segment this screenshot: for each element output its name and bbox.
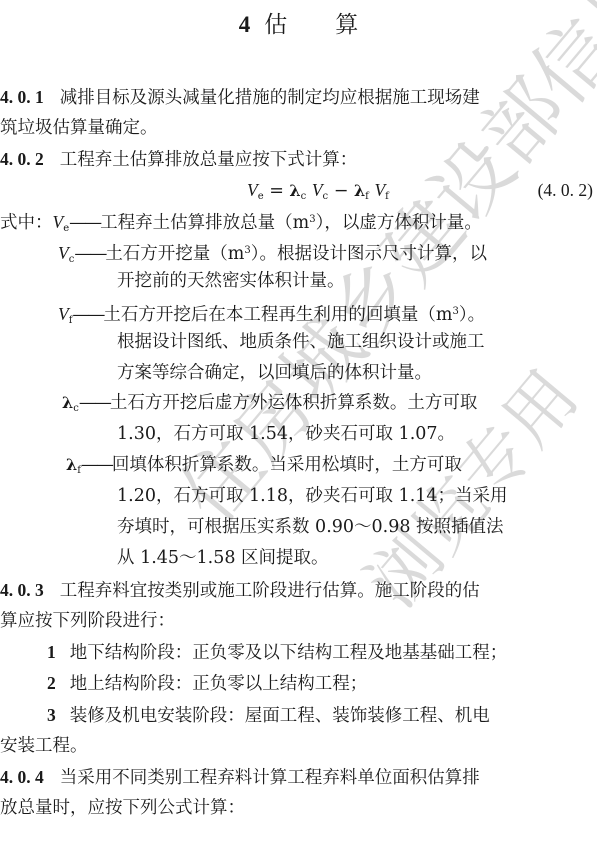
clause-4-0-2: 4. 0. 2工程弃土估算排放总量应按下式计算： (0, 144, 597, 174)
clause-4-0-3-cont: 算应按下列阶段进行： (0, 606, 597, 636)
chapter-number: 4 (239, 12, 251, 37)
chapter-title: 4估算 (0, 6, 597, 39)
definition-lambda-f: λf——回填体积折算系数。当采用松填时，土方可取 (0, 450, 597, 480)
definition-Vf-cont-1: 根据设计图纸、地质条件、施工组织设计或施工 (0, 327, 597, 357)
def-text: 回填体积折算系数。当采用松填时，土方可取 (112, 455, 462, 475)
item-text: 安装工程。 (0, 736, 88, 756)
def-symbol: V (58, 243, 69, 263)
definition-Vf: Vf——土石方开挖后在本工程再生利用的回填量（m3）。 (0, 297, 597, 327)
def-symbol: λ (62, 393, 73, 412)
formula-var: V (312, 180, 323, 200)
equation-number: (4. 0. 2) (538, 175, 593, 205)
item-number: 3 (47, 705, 56, 725)
formula-4-0-2: Ve = λc Vc − λf Vf (4. 0. 2) (0, 175, 597, 205)
definition-Ve: 式中：Ve——工程弃土估算排放总量（m3），以虚方体积计量。 (0, 205, 597, 235)
clause-4-0-4-cont: 放总量时，应按下列公式计算： (0, 793, 597, 823)
formula-equals: = (264, 181, 290, 201)
list-item-3: 3装修及机电安装阶段：屋面工程、装饰装修工程、机电 (0, 700, 597, 730)
def-symbol: V (58, 304, 69, 324)
def-symbol: V (53, 212, 64, 232)
def-dash: —— (74, 244, 105, 264)
definition-Vc-cont: 开挖前的天然密实体积计量。 (0, 266, 597, 296)
formula-sub: c (301, 191, 307, 202)
def-dash: —— (72, 305, 103, 325)
def-text: 夯填时，可根据压实系数 0.90～0.98 按照插值法 (117, 512, 504, 542)
clause-text: 放总量时，应按下列公式计算： (0, 798, 245, 818)
def-text: ），以虚方体积计量。 (316, 213, 482, 233)
definition-lambda-f-cont-3: 从 1.45～1.58 区间提取。 (0, 543, 597, 573)
item-text: 地下结构阶段：正负零及以下结构工程及地基基础工程； (70, 643, 508, 663)
chapter-title-char-1: 估 (264, 12, 287, 38)
clause-4-0-4: 4. 0. 4当采用不同类别工程弃料计算工程弃料单位面积估算排 (0, 762, 597, 792)
clause-text: 算应按下列阶段进行： (0, 611, 175, 631)
def-text: 根据设计图纸、地质条件、施工组织设计或施工 (117, 327, 485, 357)
clause-number: 4. 0. 2 (0, 149, 44, 169)
def-text: 1.30，石方可取 1.54，砂夹石可取 1.07。 (117, 419, 455, 449)
clause-text: 减排目标及源头减量化措施的制定均应根据施工现场建 (60, 88, 480, 108)
def-text: 工程弃土估算排放总量（m (100, 213, 309, 233)
formula-lambda: λ (354, 181, 365, 200)
where-label: 式中： (0, 213, 53, 233)
def-text: 方案等综合确定，以回填后的体积计量。 (117, 358, 432, 388)
formula-sub: f (385, 191, 389, 202)
item-text: 地上结构阶段：正负零以上结构工程； (70, 674, 368, 694)
def-text: ）。 (459, 305, 485, 325)
formula-sub: f (365, 191, 369, 202)
def-text: 土石方开挖后虚方外运体积折算系数。土方可取 (110, 393, 478, 413)
def-text: 开挖前的天然密实体积计量。 (117, 266, 345, 296)
clause-4-0-1: 4. 0. 1减排目标及源头减量化措施的制定均应根据施工现场建 (0, 82, 597, 112)
formula-lambda: λ (289, 181, 300, 200)
chapter-title-char-2: 算 (335, 12, 358, 38)
clause-text: 工程弃土估算排放总量应按下式计算： (60, 150, 358, 170)
list-item-2: 2地上结构阶段：正负零以上结构工程； (0, 668, 597, 698)
definition-lambda-c: λc——土石方开挖后虚方外运体积折算系数。土方可取 (0, 388, 597, 418)
def-text: 从 1.45～1.58 区间提取。 (117, 543, 329, 573)
clause-text: 当采用不同类别工程弃料计算工程弃料单位面积估算排 (60, 768, 480, 788)
definition-Vc: Vc——土石方开挖量（m3）。根据设计图示尺寸计算，以 (0, 236, 597, 266)
formula-var: V (374, 180, 385, 200)
clause-4-0-3: 4. 0. 3工程弃料宜按类别或施工阶段进行估算。施工阶段的估 (0, 575, 597, 605)
document-page: 住房城乡建设部信息公开 浏览专用 4估算 4. 0. 1减排目标及源头减量化措施… (0, 0, 597, 864)
def-dash: —— (79, 393, 110, 413)
clause-4-0-1-cont: 筑垃圾估算量确定。 (0, 113, 597, 143)
clause-text: 工程弃料宜按类别或施工阶段进行估算。施工阶段的估 (60, 581, 480, 601)
item-text: 装修及机电安装阶段：屋面工程、装饰装修工程、机电 (70, 706, 490, 726)
def-text: 土石方开挖量（m (105, 244, 244, 264)
def-text: 1.20，石方可取 1.18，砂夹石可取 1.14；当采用 (117, 481, 508, 511)
formula-minus: − (328, 181, 354, 201)
def-symbol: λ (66, 455, 77, 474)
clause-number: 4. 0. 4 (0, 767, 44, 787)
definition-lambda-c-cont: 1.30，石方可取 1.54，砂夹石可取 1.07。 (0, 419, 597, 449)
clause-number: 4. 0. 3 (0, 580, 44, 600)
definition-lambda-f-cont-1: 1.20，石方可取 1.18，砂夹石可取 1.14；当采用 (0, 481, 597, 511)
item-number: 1 (47, 642, 56, 662)
def-dash: —— (81, 455, 112, 475)
item-number: 2 (47, 673, 56, 693)
definition-Vf-cont-2: 方案等综合确定，以回填后的体积计量。 (0, 358, 597, 388)
def-text: 土石方开挖后在本工程再生利用的回填量（m (103, 305, 452, 325)
clause-text: 筑垃圾估算量确定。 (0, 118, 158, 138)
def-dash: —— (69, 213, 100, 233)
definition-lambda-f-cont-2: 夯填时，可根据压实系数 0.90～0.98 按照插值法 (0, 512, 597, 542)
def-text: ）。根据设计图示尺寸计算，以 (251, 244, 487, 264)
list-item-3-cont: 安装工程。 (0, 731, 597, 761)
list-item-1: 1地下结构阶段：正负零及以下结构工程及地基基础工程； (0, 637, 597, 667)
formula-var: V (247, 180, 258, 200)
clause-number: 4. 0. 1 (0, 87, 44, 107)
